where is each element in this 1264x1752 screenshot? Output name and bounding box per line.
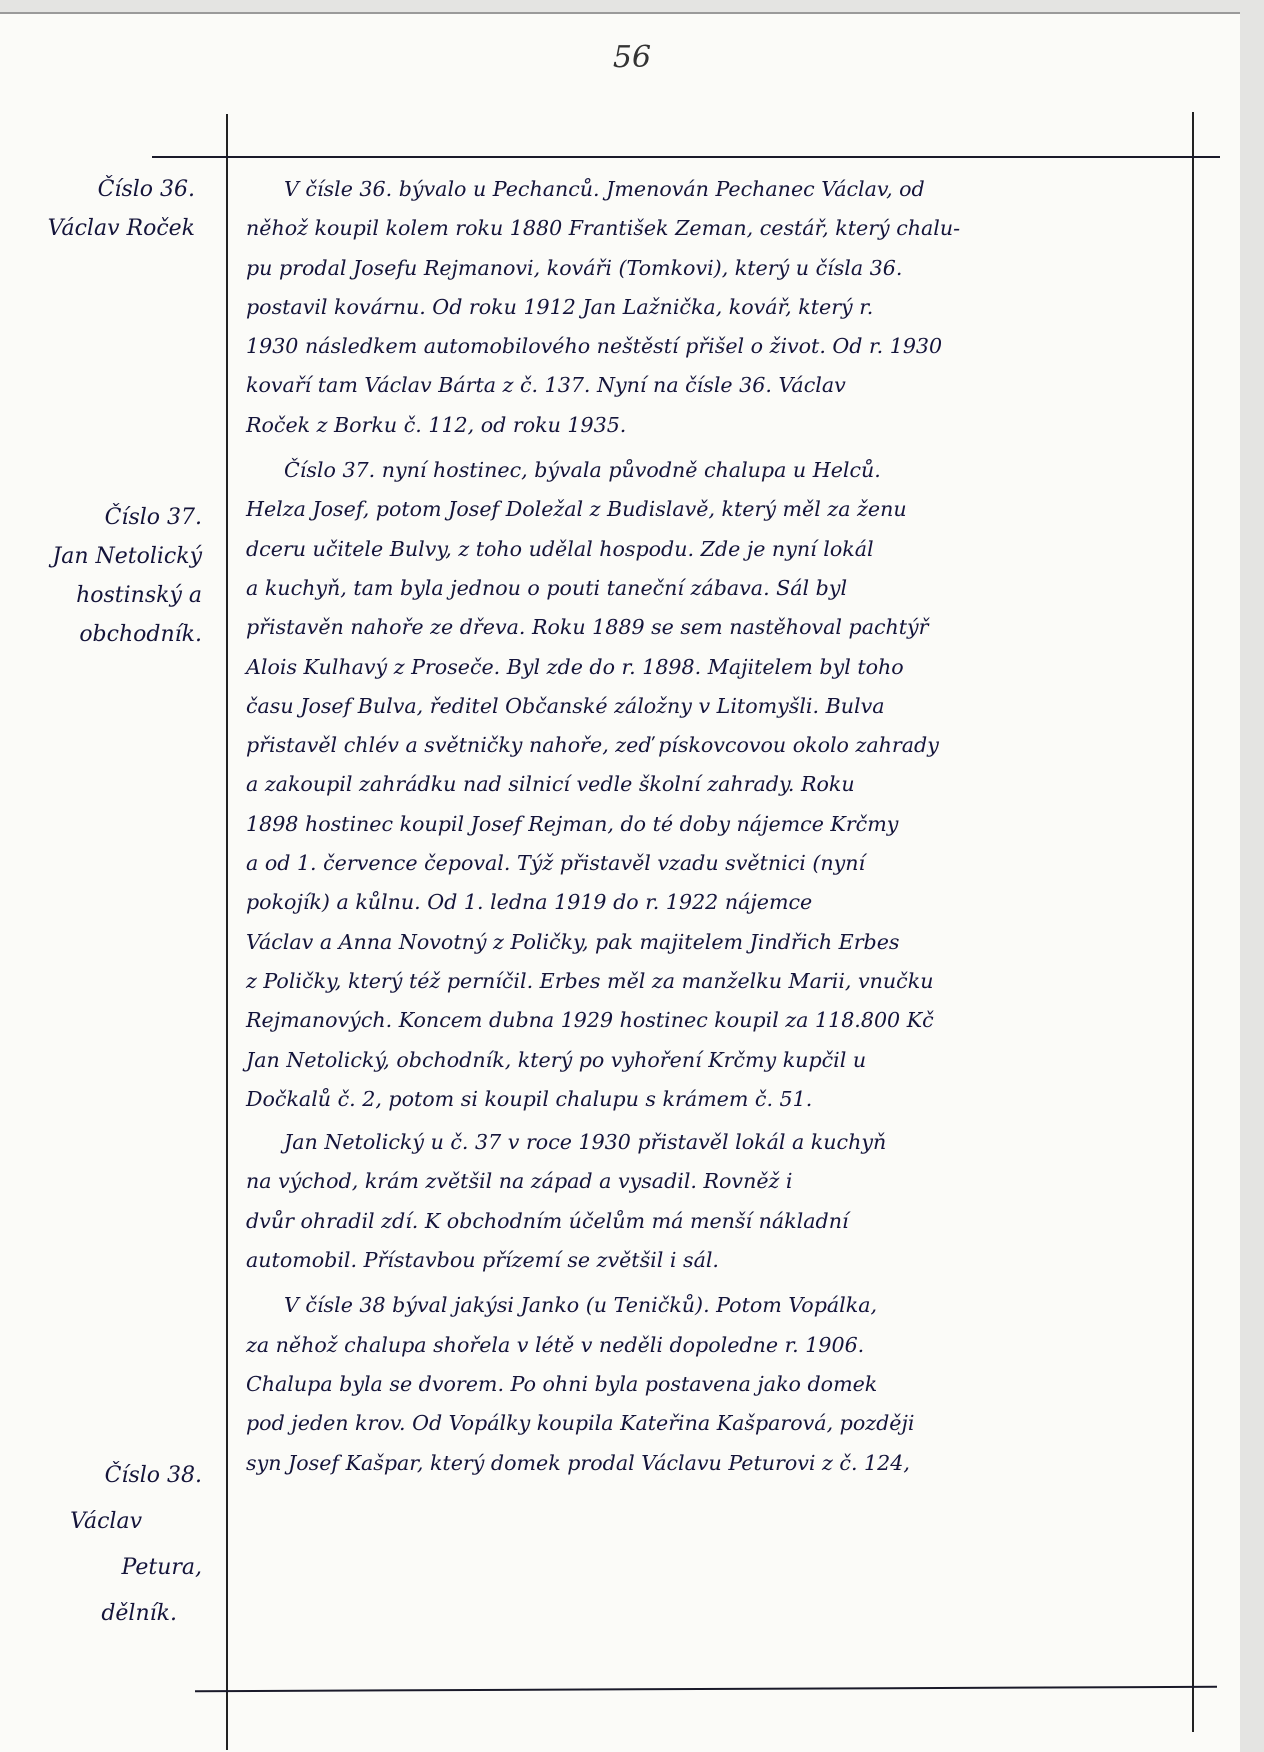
text-line: postavil kovárnu. Od roku 1912 Jan Lažni…	[246, 288, 1176, 327]
margin-note-line: Číslo 36.	[0, 170, 195, 209]
main-text-body: V čísle 36. bývalo u Pechanců. Jmenován …	[246, 170, 1176, 1483]
text-line: pod jeden krov. Od Vopálky koupila Kateř…	[246, 1404, 1176, 1443]
text-line: času Josef Bulva, ředitel Občanské zálož…	[246, 687, 1176, 726]
margin-note-line: obchodník.	[6, 615, 202, 654]
text-line: pokojík) a kůlnu. Od 1. ledna 1919 do r.…	[246, 883, 1176, 922]
margin-rule-vertical	[226, 114, 228, 1750]
text-line: přistavěn nahoře ze dřeva. Roku 1889 se …	[246, 608, 1176, 647]
text-line: 1930 následkem automobilového neštěstí p…	[246, 327, 1176, 366]
margin-note-line: dělník.	[6, 1591, 202, 1637]
text-line: Jan Netolický u č. 37 v roce 1930 přista…	[246, 1123, 1176, 1162]
right-rule-vertical	[1192, 112, 1194, 1732]
text-line: syn Josef Kašpar, který domek prodal Vác…	[246, 1444, 1176, 1483]
text-line: Chalupa byla se dvorem. Po ohni byla pos…	[246, 1365, 1176, 1404]
text-line: kovaří tam Václav Bárta z č. 137. Nyní n…	[246, 366, 1176, 405]
margin-note-line: Jan Netolický	[6, 537, 202, 576]
margin-note-cislo-37: Číslo 37. Jan Netolický hostinský a obch…	[6, 498, 202, 654]
text-line: Alois Kulhavý z Proseče. Byl zde do r. 1…	[246, 648, 1176, 687]
text-line: V čísle 38 býval jakýsi Janko (u Teničků…	[246, 1286, 1176, 1325]
margin-note-line: Václav Roček	[0, 209, 195, 248]
text-line: V čísle 36. bývalo u Pechanců. Jmenován …	[246, 170, 1176, 209]
margin-note-line: hostinský a	[6, 576, 202, 615]
text-line: Číslo 37. nyní hostinec, bývala původně …	[246, 451, 1176, 490]
text-line: pu prodal Josefu Rejmanovi, kováři (Tomk…	[246, 249, 1176, 288]
margin-note-line: Václav	[6, 1499, 202, 1545]
text-line: a od 1. července čepoval. Týž přistavěl …	[246, 844, 1176, 883]
text-line: na východ, krám zvětšil na západ a vysad…	[246, 1162, 1176, 1201]
text-line: Roček z Borku č. 112, od roku 1935.	[246, 406, 1176, 445]
header-rule	[152, 156, 1220, 158]
margin-note-line: Číslo 38.	[6, 1453, 202, 1499]
text-line: něhož koupil kolem roku 1880 František Z…	[246, 209, 1176, 248]
text-line: dceru učitele Bulvy, z toho udělal hospo…	[246, 530, 1176, 569]
text-line: přistavěl chlév a světničky nahoře, zeď …	[246, 726, 1176, 765]
text-line: Jan Netolický, obchodník, který po vyhoř…	[246, 1041, 1176, 1080]
text-line: dvůr ohradil zdí. K obchodním účelům má …	[246, 1202, 1176, 1241]
margin-note-cislo-36: Číslo 36. Václav Roček	[0, 170, 195, 248]
margin-note-line: Číslo 37.	[6, 498, 202, 537]
text-line: Rejmanových. Koncem dubna 1929 hostinec …	[246, 1001, 1176, 1040]
text-line: za něhož chalupa shořela v létě v neděli…	[246, 1326, 1176, 1365]
text-line: Václav a Anna Novotný z Poličky, pak maj…	[246, 923, 1176, 962]
margin-note-cislo-38: Číslo 38. Václav Petura, dělník.	[6, 1453, 202, 1637]
text-line: a kuchyň, tam byla jednou o pouti tanečn…	[246, 569, 1176, 608]
text-line: a zakoupil zahrádku nad silnicí vedle šk…	[246, 765, 1176, 804]
text-line: automobil. Přístavbou přízemí se zvětšil…	[246, 1241, 1176, 1280]
text-line: z Poličky, který též perníčil. Erbes měl…	[246, 962, 1176, 1001]
text-line: Dočkalů č. 2, potom si koupil chalupu s …	[246, 1080, 1176, 1119]
text-line: 1898 hostinec koupil Josef Rejman, do té…	[246, 805, 1176, 844]
page-number: 56	[0, 40, 1264, 75]
margin-note-line: Petura,	[6, 1545, 202, 1591]
text-line: Helza Josef, potom Josef Doležal z Budis…	[246, 490, 1176, 529]
